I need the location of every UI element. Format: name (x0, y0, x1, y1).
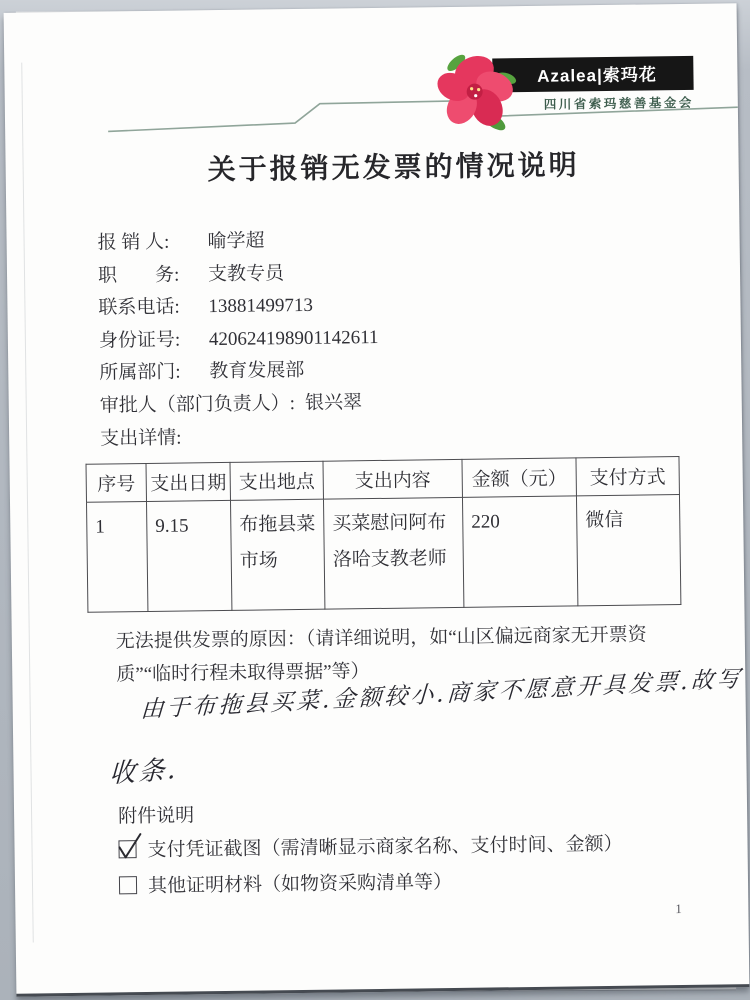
expense-table: 序号 支出日期 支出地点 支出内容 金额（元） 支付方式 1 9.15 布拖县菜… (86, 456, 682, 613)
paper-sheet: Azalea|索玛花 四川省索玛慈善基金会 关于报销无发票的情况说明 报 销 人… (4, 3, 750, 997)
table-row: 1 9.15 布拖县菜市场 买菜慰问阿布洛哈支教老师 220 微信 (87, 495, 681, 613)
field-row-expense-details: 支出详情: (100, 420, 380, 456)
field-label: 所属部门: (99, 357, 199, 391)
attachment-option-payment-proof[interactable]: 支付凭证截图（需清晰显示商家名称、支付时间、金额） (118, 829, 622, 862)
document-title: 关于报销无发票的情况说明 (81, 142, 705, 190)
cell-amount: 220 (462, 496, 577, 607)
field-value: 喻学超 (207, 230, 264, 252)
attachment-label: 支付凭证截图（需清晰显示商家名称、支付时间、金额） (147, 834, 622, 861)
col-header-index: 序号 (86, 464, 146, 503)
field-value: 教育发展部 (209, 360, 304, 382)
checkmark-icon (116, 832, 144, 862)
field-label: 支出详情: (100, 422, 200, 456)
field-label: 审批人（部门负责人）: (100, 388, 296, 423)
col-header-date: 支出日期 (146, 462, 230, 501)
field-row-position: 职 务:支教专员 (98, 257, 378, 293)
cell-payment-method: 微信 (576, 495, 680, 606)
paper-crease (21, 63, 34, 943)
field-row-phone: 联系电话:13881499713 (98, 289, 378, 325)
attachment-option-other-materials[interactable]: 其他证明材料（如物资采购清单等） (119, 867, 452, 897)
field-value: 13881499713 (208, 295, 313, 317)
field-value: 银兴翠 (305, 392, 362, 414)
field-row-approver: 审批人（部门负责人）:银兴翠 (100, 387, 380, 423)
page-number: 1 (675, 901, 682, 917)
checkbox-payment-proof[interactable] (118, 840, 136, 858)
attachment-label: 其他证明材料（如物资采购清单等） (148, 872, 452, 897)
col-header-location: 支出地点 (230, 461, 323, 500)
field-value: 420624198901142611 (209, 327, 379, 350)
cell-content: 买菜慰问阿布洛哈支教老师 (323, 497, 463, 609)
cell-index: 1 (87, 502, 148, 613)
field-label: 身份证号: (99, 324, 199, 358)
col-header-payment-method: 支付方式 (576, 457, 679, 496)
handwritten-reason-line2: 收条. (109, 749, 180, 791)
field-row-id-number: 身份证号:420624198901142611 (99, 322, 379, 358)
field-row-department: 所属部门:教育发展部 (99, 354, 379, 390)
field-label: 联系电话: (98, 292, 198, 326)
azalea-flower-icon (430, 44, 523, 141)
info-fields: 报 销 人:喻学超 职 务:支教专员 联系电话:13881499713 身份证号… (97, 224, 380, 456)
checkbox-other-materials[interactable] (119, 876, 137, 894)
cell-location: 布拖县菜市场 (230, 499, 324, 610)
field-row-reimburser: 报 销 人:喻学超 (97, 224, 377, 260)
field-label: 报 销 人: (97, 226, 197, 260)
cell-date: 9.15 (147, 500, 232, 611)
col-header-content: 支出内容 (323, 459, 462, 499)
org-logo: Azalea|索玛花 四川省索玛慈善基金会 (478, 56, 694, 114)
field-label: 职 务: (98, 259, 198, 293)
col-header-amount: 金额（元） (462, 458, 576, 497)
field-value: 支教专员 (208, 263, 284, 285)
attachments-heading: 附件说明 (118, 800, 194, 828)
